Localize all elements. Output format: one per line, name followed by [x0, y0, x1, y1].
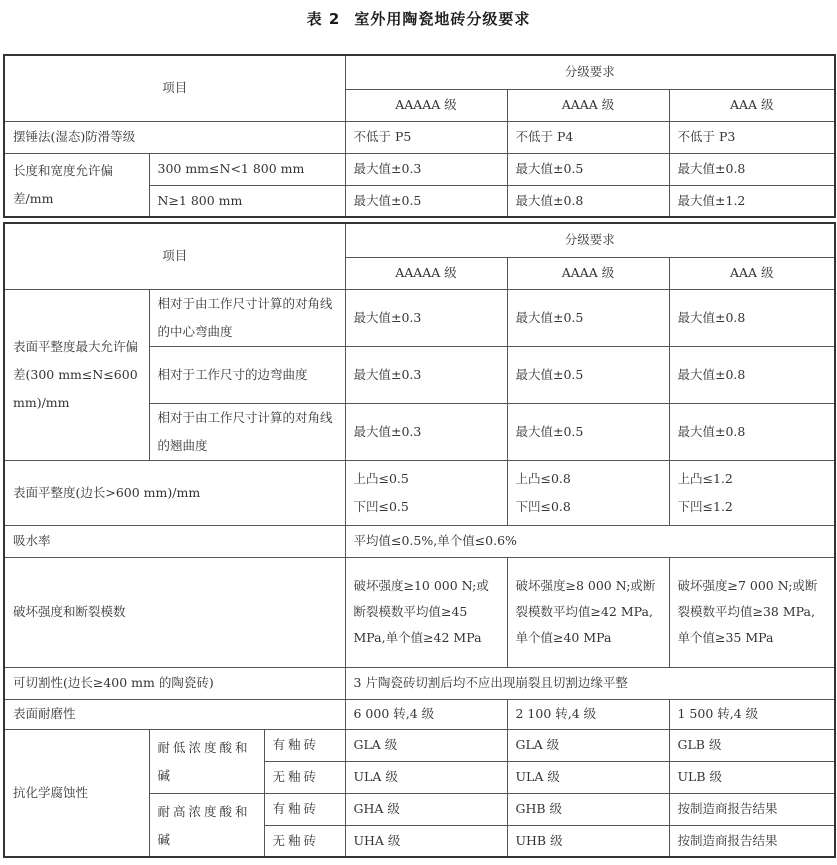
header-grading: 分级要求 — [345, 223, 835, 257]
row-sub-label: 相对于由工作尺寸计算的对角线的中心弯曲度 — [149, 289, 345, 346]
cell: 最大值±0.8 — [669, 346, 835, 403]
row-type: 有釉砖 — [264, 729, 345, 761]
row-label: 抗化学腐蚀性 — [4, 729, 149, 857]
header-grade-aaa: AAA 级 — [669, 89, 835, 121]
header-grade-aaaaa: AAAAA 级 — [345, 89, 507, 121]
row-condition: 300 mm≤N<1 800 mm — [149, 153, 345, 185]
cell-line: 下凹≤0.5 — [354, 493, 499, 521]
row-label: 表面平整度(边长>600 mm)/mm — [4, 460, 345, 525]
cell: 按制造商报告结果 — [669, 793, 835, 825]
cell: 不低于 P3 — [669, 121, 835, 153]
requirements-table-1: 项目 分级要求 AAAAA 级 AAAA 级 AAA 级 摆锤法(湿态)防滑等级… — [3, 54, 836, 218]
row-sub-label: 相对于由工作尺寸计算的对角线的翘曲度 — [149, 403, 345, 460]
cell-line: 上凸≤0.5 — [354, 465, 499, 493]
cell: 最大值±0.8 — [669, 289, 835, 346]
cell: 破坏强度≥8 000 N;或断裂模数平均值≥42 MPa,单个值≥40 MPa — [507, 557, 669, 667]
table-number: 表 2 — [307, 10, 341, 28]
row-type: 有釉砖 — [264, 793, 345, 825]
table-row: 长度和宽度允许偏差/mm 300 mm≤N<1 800 mm 最大值±0.3 最… — [4, 153, 835, 185]
row-label: 表面耐磨性 — [4, 699, 345, 729]
cell: 1 500 转,4 级 — [669, 699, 835, 729]
row-sub-label: 相对于工作尺寸的边弯曲度 — [149, 346, 345, 403]
row-group-label: 耐高浓度酸和碱 — [149, 793, 264, 857]
header-grade-aaaa: AAAA 级 — [507, 257, 669, 289]
row-condition: N≥1 800 mm — [149, 185, 345, 217]
cell: 最大值±0.3 — [345, 289, 507, 346]
cell: 最大值±0.5 — [345, 185, 507, 217]
table-row: 破坏强度和断裂模数 破坏强度≥10 000 N;或断裂模数平均值≥45 MPa,… — [4, 557, 835, 667]
cell: 破坏强度≥7 000 N;或断裂模数平均值≥38 MPa,单个值≥35 MPa — [669, 557, 835, 667]
row-group-label: 耐低浓度酸和碱 — [149, 729, 264, 793]
cell: 最大值±0.3 — [345, 153, 507, 185]
requirements-table-2: 项目 分级要求 AAAAA 级 AAAA 级 AAA 级 表面平整度最大允许偏差… — [3, 222, 836, 858]
cell-line: 下凹≤0.8 — [516, 493, 661, 521]
cell: 最大值±0.5 — [507, 403, 669, 460]
cell: GHB 级 — [507, 793, 669, 825]
cell: 最大值±0.8 — [507, 185, 669, 217]
header-grade-aaaaa: AAAAA 级 — [345, 257, 507, 289]
cell: 最大值±0.5 — [507, 346, 669, 403]
cell: 最大值±0.3 — [345, 346, 507, 403]
table-row: 表面平整度最大允许偏差(300 mm≤N≤600 mm)/mm 相对于由工作尺寸… — [4, 289, 835, 346]
cell: GHA 级 — [345, 793, 507, 825]
cell-line: 上凸≤1.2 — [678, 465, 827, 493]
table-row: 吸水率 平均值≤0.5%,单个值≤0.6% — [4, 525, 835, 557]
cell: 上凸≤0.5下凹≤0.5 — [345, 460, 507, 525]
cell: GLA 级 — [345, 729, 507, 761]
cell: GLA 级 — [507, 729, 669, 761]
cell: 2 100 转,4 级 — [507, 699, 669, 729]
cell: ULA 级 — [345, 761, 507, 793]
cell: 最大值±1.2 — [669, 185, 835, 217]
cell: ULA 级 — [507, 761, 669, 793]
table-row: 表面耐磨性 6 000 转,4 级 2 100 转,4 级 1 500 转,4 … — [4, 699, 835, 729]
header-item: 项目 — [4, 223, 345, 289]
header-grade-aaaa: AAAA 级 — [507, 89, 669, 121]
cell: 上凸≤0.8下凹≤0.8 — [507, 460, 669, 525]
header-row: 项目 分级要求 — [4, 223, 835, 257]
table-row: 可切割性(边长≥400 mm 的陶瓷砖) 3 片陶瓷砖切割后均不应出现崩裂且切割… — [4, 667, 835, 699]
header-row: 项目 分级要求 — [4, 55, 835, 89]
cell: 平均值≤0.5%,单个值≤0.6% — [345, 525, 835, 557]
row-label: 破坏强度和断裂模数 — [4, 557, 345, 667]
table-row: 摆锤法(湿态)防滑等级 不低于 P5 不低于 P4 不低于 P3 — [4, 121, 835, 153]
cell: 最大值±0.3 — [345, 403, 507, 460]
header-item: 项目 — [4, 55, 345, 121]
row-label: 可切割性(边长≥400 mm 的陶瓷砖) — [4, 667, 345, 699]
cell-line: 下凹≤1.2 — [678, 493, 827, 521]
cell: 最大值±0.8 — [669, 403, 835, 460]
cell-line: 上凸≤0.8 — [516, 465, 661, 493]
cell: 破坏强度≥10 000 N;或断裂模数平均值≥45 MPa,单个值≥42 MPa — [345, 557, 507, 667]
table-title-text: 室外用陶瓷地砖分级要求 — [354, 10, 530, 28]
table-title: 表 2室外用陶瓷地砖分级要求 — [0, 8, 837, 29]
row-label: 吸水率 — [4, 525, 345, 557]
cell: 不低于 P5 — [345, 121, 507, 153]
row-type: 无釉砖 — [264, 761, 345, 793]
cell: GLB 级 — [669, 729, 835, 761]
cell: 最大值±0.5 — [507, 153, 669, 185]
row-label: 摆锤法(湿态)防滑等级 — [4, 121, 345, 153]
cell: 最大值±0.8 — [669, 153, 835, 185]
cell: ULB 级 — [669, 761, 835, 793]
cell: 按制造商报告结果 — [669, 825, 835, 857]
table-row: 表面平整度(边长>600 mm)/mm 上凸≤0.5下凹≤0.5 上凸≤0.8下… — [4, 460, 835, 525]
table-row: 抗化学腐蚀性 耐低浓度酸和碱 有釉砖 GLA 级 GLA 级 GLB 级 — [4, 729, 835, 761]
cell: 不低于 P4 — [507, 121, 669, 153]
cell: UHB 级 — [507, 825, 669, 857]
row-type: 无釉砖 — [264, 825, 345, 857]
cell: 最大值±0.5 — [507, 289, 669, 346]
row-label: 长度和宽度允许偏差/mm — [4, 153, 149, 217]
cell: 6 000 转,4 级 — [345, 699, 507, 729]
row-label: 表面平整度最大允许偏差(300 mm≤N≤600 mm)/mm — [4, 289, 149, 460]
cell: 3 片陶瓷砖切割后均不应出现崩裂且切割边缘平整 — [345, 667, 835, 699]
header-grading: 分级要求 — [345, 55, 835, 89]
cell: UHA 级 — [345, 825, 507, 857]
header-grade-aaa: AAA 级 — [669, 257, 835, 289]
cell: 上凸≤1.2下凹≤1.2 — [669, 460, 835, 525]
